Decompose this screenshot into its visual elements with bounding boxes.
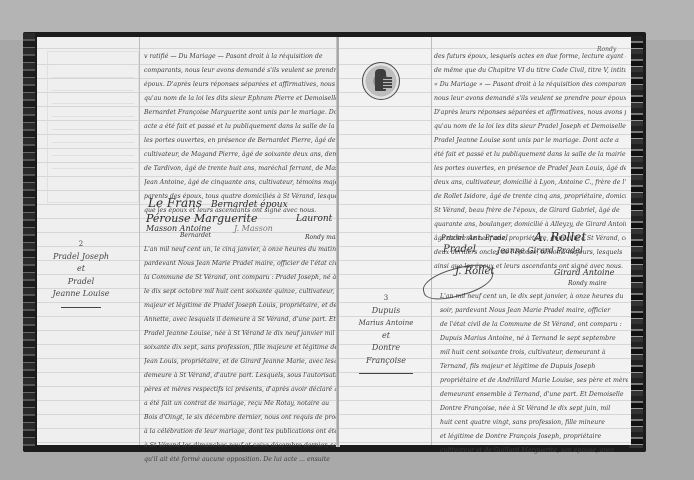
margin-rule (139, 37, 140, 445)
left-page-entry-text: L'an mil neuf cent un, le cinq janvier, … (144, 243, 339, 467)
signature: Pradel (443, 244, 476, 255)
text-line: Dupuis Marius Antoine, né à Ternand le s… (440, 332, 628, 346)
text-line: acte a été fait et passé et lu publiquem… (144, 120, 339, 134)
text-line: Pradel Jeanne Louise sont unis par le ma… (434, 134, 626, 148)
text-line: Jean Antoine, âgé de cinquante ans, cult… (144, 176, 339, 190)
text-line: les portes ouvertes, en présence de Bern… (144, 134, 339, 148)
text-line: Jean Louis, propriétaire, et de Girard J… (144, 355, 339, 369)
bride-surname: Pradel (52, 276, 110, 289)
text-line: de Tardivon, âgé de trente huit ans, mar… (144, 162, 339, 176)
entry-margin-note-3: 3 Dupuis Marius Antoine et Dontre Franço… (350, 292, 422, 374)
text-line: à la célébration de leur mariage, dont l… (144, 425, 339, 439)
text-line: Ternand, fils majeur et légitime de Dupu… (440, 360, 628, 374)
municipal-seal-icon (362, 62, 400, 100)
text-line: la Commune de St Vérand, ont comparu : P… (144, 271, 339, 285)
text-line: de l'état civil de la Commune de St Véra… (440, 318, 628, 332)
signature: Jeanne Girard Pradel (497, 246, 583, 255)
text-line: huit cent quatre vingt, sans profession,… (440, 416, 628, 430)
text-line: majeur et légitime de Pradel Joseph Loui… (144, 299, 339, 313)
signature: Bernardet époux (211, 200, 288, 210)
entry-number: 3 (350, 292, 422, 305)
text-line: pères et mères respectifs ici présents, … (144, 383, 339, 397)
book-cover-left-edge (23, 33, 35, 451)
text-line: cultivateur, de Magand Pierre, âgé de so… (144, 148, 339, 162)
text-line: époux. D'après leurs réponses séparées e… (144, 78, 339, 92)
signature: Ant. Pradel (468, 234, 508, 242)
text-line: qu'au nom de la loi les dits sieur Ephra… (144, 92, 339, 106)
signature: A. Rollet (534, 230, 586, 244)
text-line: de Rollet Isidore, âgé de trente cinq an… (434, 190, 626, 204)
text-line: v ratifié — Du Mariage — Pasant droit à … (144, 50, 339, 64)
text-line: Pradel Jeanne Louise, née à St Vérand le… (144, 327, 339, 341)
text-line: Bois d'Oingt, le six décembre dernier, n… (144, 411, 339, 425)
signature: J. Rollet (455, 266, 494, 277)
signature: Lauront (296, 214, 332, 224)
text-line: à St Vérand les dimanches neuf et seize … (144, 439, 339, 453)
text-line: soir, pardevant Nous Jean Marie Pradel m… (440, 304, 628, 318)
text-line: cultivateur et de Guillard Marguerite, s… (440, 444, 628, 458)
book-cover-right-edge (629, 36, 643, 448)
groom-name: Pradel Joseph (52, 251, 110, 264)
text-line: quarante ans, boulanger, domicilié à All… (434, 218, 626, 232)
signature: Bernardet (180, 232, 211, 239)
text-line: pardevant Nous Jean Marie Pradel maire, … (144, 257, 339, 271)
entry-underline (61, 307, 101, 308)
groom-given-name: Marius Antoine (350, 317, 422, 330)
left-page-body-text: v ratifié — Du Mariage — Pasant droit à … (144, 50, 339, 218)
text-line: L'an mil neuf cent un, le cinq janvier, … (144, 243, 339, 257)
bride-given-name: Jeanne Louise (52, 288, 110, 301)
right-page-entry-text: L'an mil neuf cent un, le dix sept janvi… (440, 290, 628, 458)
bride-surname: Dontre (350, 342, 422, 355)
text-line: St Vérand, beau frère de l'époux, de Gir… (434, 204, 626, 218)
signature: Pradel (441, 234, 464, 242)
text-line: demeurant ensemble à Ternand, d'une part… (440, 388, 628, 402)
bride-given-name: Françoise (350, 355, 422, 368)
margin-rule (431, 37, 432, 445)
text-line: nous leur avons demandé s'ils veulent se… (434, 92, 626, 106)
text-line: qu'il ait été formé aucune opposition. D… (144, 453, 339, 467)
text-line: Bernardet Françoise Marguerite sont unis… (144, 106, 339, 120)
text-line: comparants, nous leur avons demandé s'il… (144, 64, 339, 78)
text-line: L'an mil neuf cent un, le dix sept janvi… (440, 290, 628, 304)
groom-surname: Dupuis (350, 305, 422, 318)
entry-underline (359, 373, 413, 374)
text-line: deux ans, cultivateur, domicilié à Lyon,… (434, 176, 626, 190)
entry-number: 2 (52, 238, 110, 251)
text-line: propriétaire et de Andrillard Marie Loui… (440, 374, 628, 388)
text-line: Dontre Françoise, née à St Vérand le dix… (440, 402, 628, 416)
text-line: soixante dix sept, sans profession, fill… (144, 341, 339, 355)
text-line: Annette, avec lesquels il demeure à St V… (144, 313, 339, 327)
signature: Girard Antoine (554, 268, 614, 277)
connector: et (52, 263, 110, 276)
signature: Rondy maire (568, 280, 607, 287)
signature: J. Masson (234, 224, 273, 233)
text-line: qu'au nom de la loi les dits sieur Prade… (434, 120, 626, 134)
text-line: de même que du Chapitre VI du titre Code… (434, 64, 626, 78)
text-line: les portes ouvertes, en présence de Prad… (434, 162, 626, 176)
text-line: « Du Mariage » — Pasant droit à la réqui… (434, 78, 626, 92)
text-line: le dix sept octobre mil huit cent soixan… (144, 285, 339, 299)
text-line: a été fait un contrat de mariage, reçu M… (144, 397, 339, 411)
text-line: des futurs époux, lesquels actes en due … (434, 50, 626, 64)
text-line: demeure à St Vérand, d'autre part. Lesqu… (144, 369, 339, 383)
text-line: D'après leurs réponses séparées et affir… (434, 106, 626, 120)
text-line: été fait et passé et lu publiquement dan… (434, 148, 626, 162)
bleed-through-form (47, 51, 139, 203)
text-line: mil huit cent soixante trois, cultivateu… (440, 346, 628, 360)
signature: Le Frans (148, 196, 202, 210)
connector: et (350, 330, 422, 343)
text-line: et légitime de Dontre François Joseph, p… (440, 430, 628, 444)
entry-margin-note-2: 2 Pradel Joseph et Pradel Jeanne Louise (52, 238, 110, 308)
